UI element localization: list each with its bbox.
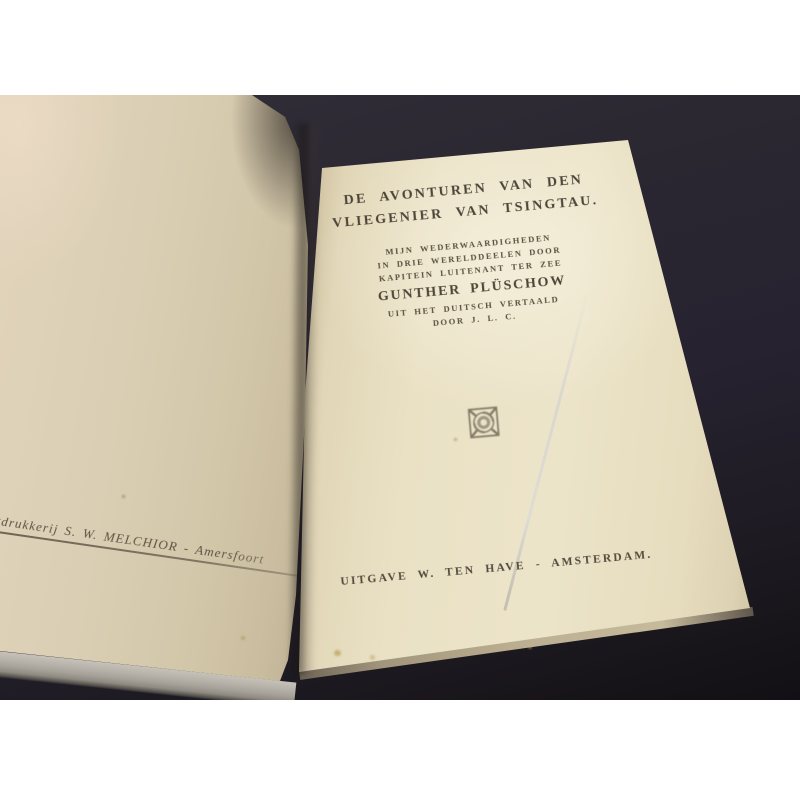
printer-credit-block: stdrukkerij S. W. MELCHIOR - Amersfoort xyxy=(0,511,319,598)
subtitle-block: MIJN WEDERWAARDIGHEDEN IN DRIE WERELDDEE… xyxy=(374,230,570,334)
printers-ornament-icon xyxy=(466,405,501,441)
publisher-imprint: UITGAVE W. TEN HAVE - AMSTERDAM. xyxy=(340,547,653,590)
left-page: stdrukkerij S. W. MELCHIOR - Amersfoort xyxy=(0,95,310,685)
top-white-margin xyxy=(0,0,800,95)
bottom-white-margin xyxy=(0,700,800,800)
book-photo: stdrukkerij S. W. MELCHIOR - Amersfoort … xyxy=(0,95,800,700)
book-title: DE AVONTUREN VAN DEN VLIEGENIER VAN TSIN… xyxy=(330,168,600,235)
printer-credit: stdrukkerij S. W. MELCHIOR - Amersfoort xyxy=(0,511,319,576)
title-page-content: DE AVONTUREN VAN DEN VLIEGENIER VAN TSIN… xyxy=(281,138,683,667)
